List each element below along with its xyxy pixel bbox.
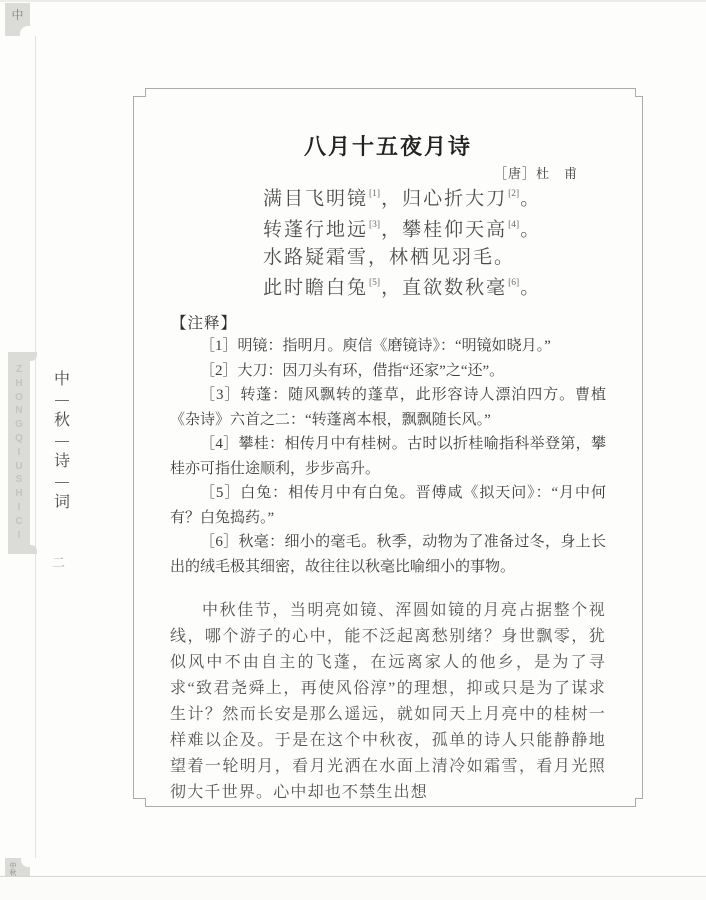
notes-section-header: 【注释】 bbox=[171, 311, 237, 333]
author-name: 杜 甫 bbox=[536, 166, 578, 181]
note-item: ［6］秋毫：细小的毫毛。秋季，动物为了准备过冬，身上长出的绒毛极其细密，故往往以… bbox=[170, 530, 606, 579]
poem-body: 满目飞明镜[1]，归心折大刀[2]。转蓬行地远[3]，攀桂仰天高[4]。水路疑霜… bbox=[263, 182, 541, 302]
poem-line: 水路疑霜雪，林栖见羽毛。 bbox=[263, 244, 541, 272]
poem-line: 满目飞明镜[1]，归心折大刀[2]。 bbox=[263, 182, 541, 213]
dynasty-label: ［唐］ bbox=[494, 166, 536, 181]
note-ref: [2] bbox=[508, 189, 519, 199]
commentary-paragraph: 中秋佳节，当明亮如镜、浑圆如镜的月亮占据整个视线，哪个游子的心中，能不泛起离愁别… bbox=[170, 598, 606, 806]
note-item: ［3］转蓬：随风飘转的蓬草，此形容诗人漂泊四方。曹植《杂诗》六首之二：“转蓬离本… bbox=[170, 383, 606, 432]
note-item: ［1］明镜：指明月。庾信《磨镜诗》：“明镜如晓月。” bbox=[170, 334, 606, 359]
note-ref: [4] bbox=[508, 220, 519, 230]
note-item: ［4］攀桂：相传月中有桂树。古时以折桂喻指科举登第，攀桂亦可指仕途顺利，步步高升… bbox=[170, 432, 606, 481]
page-content: 八月十五夜月诗 ［唐］杜 甫 满目飞明镜[1]，归心折大刀[2]。转蓬行地远[3… bbox=[170, 0, 606, 900]
scan-bottom-strip bbox=[0, 877, 706, 900]
note-item: ［2］大刀：因刀头有环，借指“还家”之“还”。 bbox=[170, 359, 606, 384]
poem-line: 转蓬行地远[3]，攀桂仰天高[4]。 bbox=[263, 213, 541, 244]
note-item: ［5］白兔：相传月中有白兔。晋傅咸《拟天问》：“月中何有？白兔捣药。” bbox=[170, 481, 606, 530]
note-ref: [1] bbox=[369, 189, 380, 199]
poem-title: 八月十五夜月诗 bbox=[170, 130, 606, 161]
note-ref: [5] bbox=[369, 278, 380, 288]
poem-author-line: ［唐］杜 甫 bbox=[494, 163, 578, 182]
notes-list: ［1］明镜：指明月。庾信《磨镜诗》：“明镜如晓月。”［2］大刀：因刀头有环，借指… bbox=[170, 334, 606, 579]
note-ref: [6] bbox=[508, 278, 519, 288]
note-ref: [3] bbox=[369, 220, 380, 230]
poem-line: 此时瞻白兔[5]，直欲数秋毫[6]。 bbox=[263, 271, 541, 302]
